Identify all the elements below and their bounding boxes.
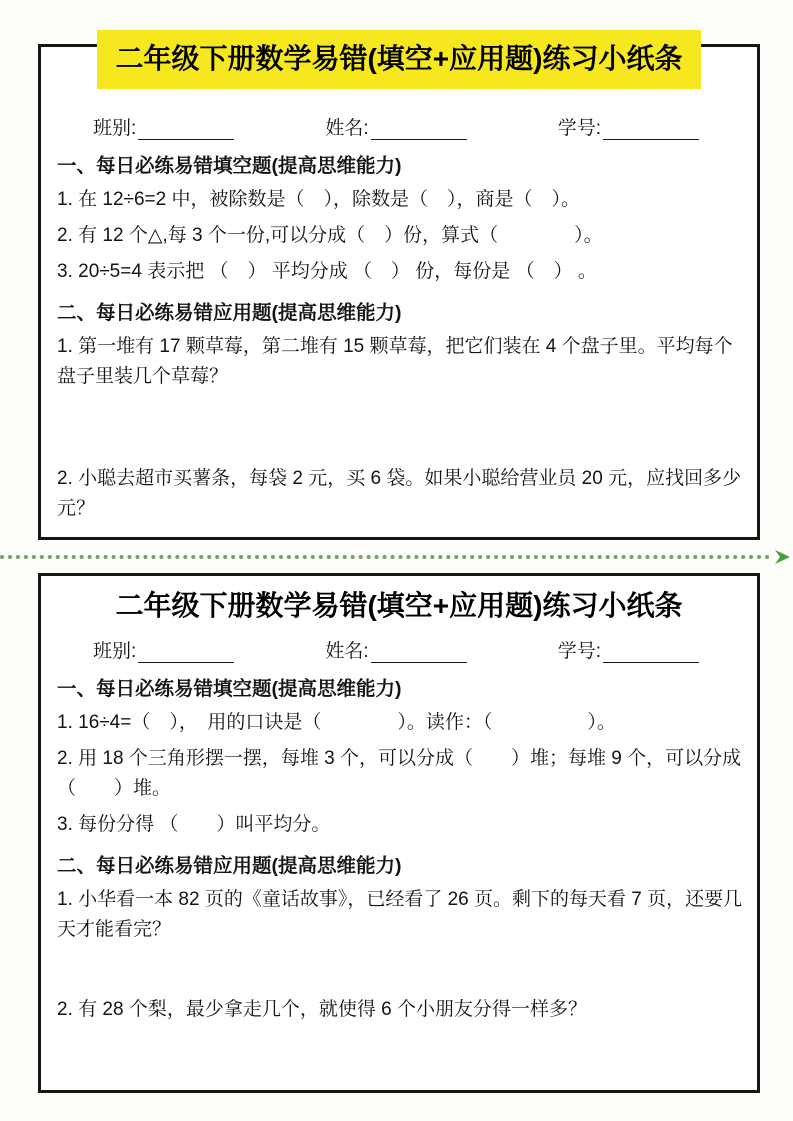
question: 2. 用 18 个三角形摆一摆，每堆 3 个，可以分成（ ）堆；每堆 9 个，可… <box>57 744 744 804</box>
worksheet-title: 二年级下册数学易错(填空+应用题)练习小纸条 <box>97 30 700 89</box>
name-blank <box>371 643 467 663</box>
fill-in-section: 一、每日必练易错填空题(提高思维能力) 1. 在 12÷6=2 中，被除数是（ … <box>41 153 757 287</box>
cut-separator <box>0 549 793 565</box>
student-number-blank <box>603 643 699 663</box>
section-heading: 二、每日必练易错应用题(提高思维能力) <box>57 853 743 879</box>
question: 1. 16÷4=（ ）， 用的口诀是（ ）。读作：（ ）。 <box>57 708 744 738</box>
section-heading: 一、每日必练易错填空题(提高思维能力) <box>57 676 743 702</box>
question: 1. 小华看一本 82 页的《童话故事》，已经看了 26 页。剩下的每天看 7 … <box>57 885 744 945</box>
word-problem-section: 二、每日必练易错应用题(提高思维能力) 1. 小华看一本 82 页的《童话故事》… <box>41 853 757 1025</box>
name-field: 姓名: <box>325 113 466 140</box>
section-heading: 二、每日必练易错应用题(提高思维能力) <box>57 300 743 326</box>
worksheet-card-top: 二年级下册数学易错(填空+应用题)练习小纸条 班别: 姓名: 学号: 一、每日必… <box>38 44 760 540</box>
section-heading: 一、每日必练易错填空题(提高思维能力) <box>57 153 743 179</box>
class-field: 班别: <box>93 636 234 663</box>
fill-in-section: 一、每日必练易错填空题(提高思维能力) 1. 16÷4=（ ）， 用的口诀是（ … <box>41 676 757 840</box>
question: 3. 每份分得 （ ）叫平均分。 <box>57 810 744 840</box>
word-problem-section: 二、每日必练易错应用题(提高思维能力) 1. 第一堆有 17 颗草莓，第二堆有 … <box>41 300 757 524</box>
student-info-row: 班别: 姓名: 学号: <box>41 636 757 663</box>
name-label: 姓名: <box>325 641 368 662</box>
student-number-field: 学号: <box>558 113 699 140</box>
class-blank <box>138 120 234 140</box>
dotted-cut-line <box>0 555 770 559</box>
class-label: 班别: <box>93 641 136 662</box>
question: 2. 有 28 个梨，最少拿走几个，就使得 6 个小朋友分得一样多？ <box>57 995 744 1025</box>
title-row: 二年级下册数学易错(填空+应用题)练习小纸条 <box>41 576 757 628</box>
student-number-blank <box>603 120 699 140</box>
student-number-field: 学号: <box>558 636 699 663</box>
class-field: 班别: <box>93 113 234 140</box>
worksheet-card-bottom: 二年级下册数学易错(填空+应用题)练习小纸条 班别: 姓名: 学号: 一、每日必… <box>38 573 760 1093</box>
worksheet-title: 二年级下册数学易错(填空+应用题)练习小纸条 <box>109 576 688 628</box>
question: 1. 第一堆有 17 颗草莓，第二堆有 15 颗草莓，把它们装在 4 个盘子里。… <box>57 332 744 392</box>
student-info-row: 班别: 姓名: 学号: <box>41 113 757 140</box>
student-number-label: 学号: <box>558 118 601 139</box>
student-number-label: 学号: <box>558 641 601 662</box>
answer-space <box>41 945 757 989</box>
question: 3. 20÷5=4 表示把 （ ） 平均分成 （ ） 份，每份是 （ ） 。 <box>57 257 744 287</box>
answer-space <box>41 392 757 458</box>
question: 1. 在 12÷6=2 中，被除数是（ ），除数是（ ），商是（ ）。 <box>57 185 744 215</box>
name-label: 姓名: <box>325 118 368 139</box>
name-blank <box>371 120 467 140</box>
name-field: 姓名: <box>325 636 466 663</box>
class-blank <box>138 643 234 663</box>
chevron-right-icon <box>774 549 791 565</box>
question: 2. 有 12 个△,每 3 个一份,可以分成（ ）份，算式（ ）。 <box>57 221 744 251</box>
class-label: 班别: <box>93 118 136 139</box>
question: 2. 小聪去超市买薯条，每袋 2 元，买 6 袋。如果小聪给营业员 20 元，应… <box>57 464 744 524</box>
title-row: 二年级下册数学易错(填空+应用题)练习小纸条 <box>41 47 757 89</box>
